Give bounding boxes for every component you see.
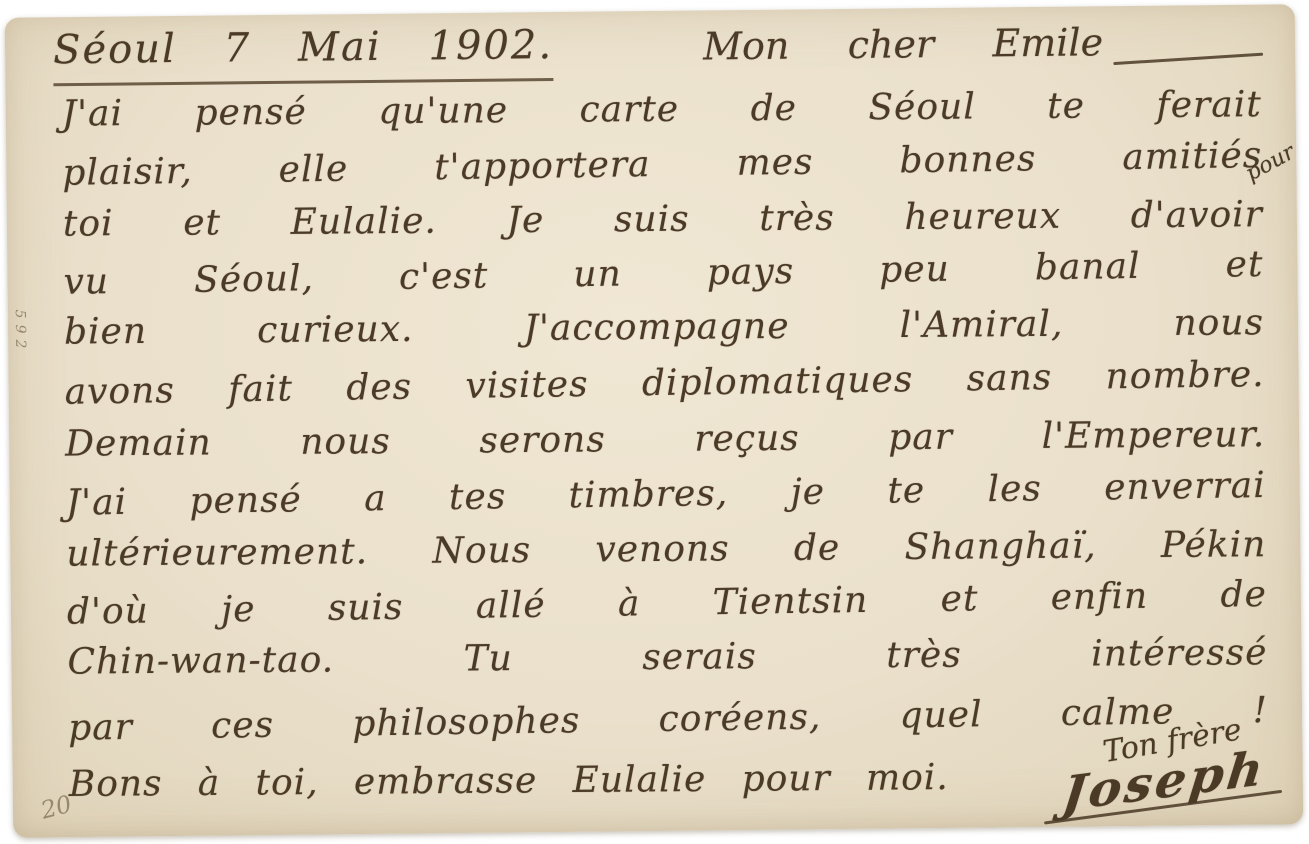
letter-line: Demain nous serons reçus par l'Empereur. [65,414,1265,464]
letter-line: d'où je suis allé à Tientsin et enfin de [67,574,1267,633]
letter-line: toi et Eulalie. Je suis très heureux d'a… [63,194,1263,244]
letter-line: bien curieux. J'accompagne l'Amiral, nou… [64,302,1264,352]
letter-line: J'ai pensé qu'une carte de Séoul te fera… [62,84,1262,134]
letter-line: avons fait des visites diplomatiques san… [64,354,1264,413]
letter-line: Chin-wan-tao. Tu serais très intéressé [67,632,1267,682]
letter-line: vu Séoul, c'est un pays peu banal et [63,244,1263,303]
margin-note-left: 592 [12,310,28,355]
letter-line: plaisir, elle t'apportera mes bonnes ami… [62,135,1262,194]
letter-line: par ces philosophes coréens, quel calme … [68,690,1268,749]
letter-line: Bons à toi, embrasse Eulalie pour moi. [69,757,949,805]
dateline: Séoul 7 Mai 1902. [53,22,554,86]
postcard: Séoul 7 Mai 1902. Mon cher Emile J'ai pe… [5,4,1304,837]
letter-line: J'ai pensé a tes timbres, je te les enve… [66,465,1266,524]
salutation: Mon cher Emile [703,20,1103,68]
letter-line: ultérieurement. Nous venons de Shanghaï,… [66,524,1266,574]
pen-flourish [1113,53,1263,65]
margin-note-bottom: 20 [38,790,75,825]
scan-background: Séoul 7 Mai 1902. Mon cher Emile J'ai pe… [0,0,1309,844]
